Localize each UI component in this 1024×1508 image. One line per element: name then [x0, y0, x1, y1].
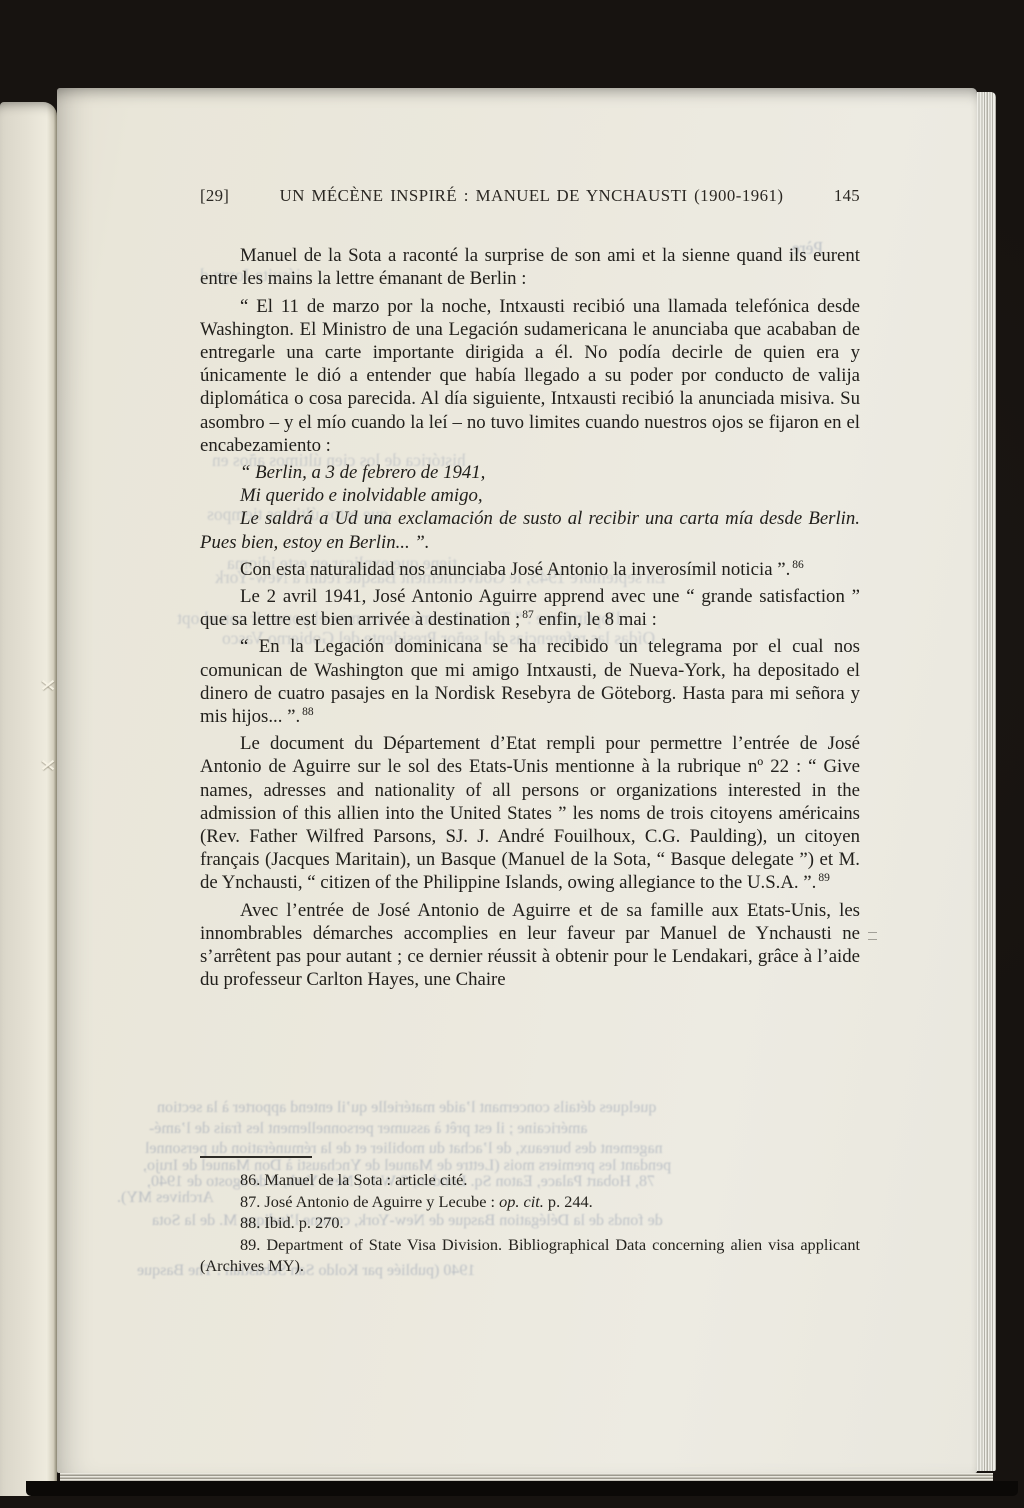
footnote-separator-rule: [200, 1156, 312, 1158]
paragraph: Con esta naturalidad nos anunciaba José …: [200, 558, 860, 581]
letter-quote-block: “ Berlin, a 3 de febrero de 1941, Mi que…: [200, 461, 860, 554]
show-through-line: quelques détails concernant l’aide matér…: [157, 1099, 656, 1117]
footnotes-block: 86. Manuel de la Sota : article cité. 87…: [200, 1156, 860, 1277]
paragraph: Le 2 avril 1941, José Antonio Aguirre ap…: [200, 585, 860, 631]
show-through-line: américaine ; il est prêt à assumer perso…: [149, 1120, 587, 1138]
paragraph-text: “ En la Legación dominicana se ha recibi…: [200, 636, 860, 727]
footnote-citation-italic: op. cit.: [499, 1192, 544, 1211]
footnote-text: 87. José Antonio de Aguirre y Lecube :: [240, 1192, 499, 1211]
pencil-equals-mark: [868, 932, 877, 940]
letter-dateline: “ Berlin, a 3 de febrero de 1941,: [200, 461, 860, 484]
paragraph-text: Con esta naturalidad nos anunciaba José …: [240, 559, 790, 580]
footnote-86: 86. Manuel de la Sota : article cité.: [200, 1169, 860, 1191]
paragraph-text: enfin, le 8 mai :: [534, 609, 657, 630]
quoted-paragraph-spanish: “ El 11 de marzo por la noche, Intxausti…: [200, 295, 860, 457]
page-text-block: [29] UN MÉCÈNE INSPIRÉ : MANUEL DE YNCHA…: [200, 184, 860, 996]
quoted-paragraph-telegram: “ En la Legación dominicana se ha recibi…: [200, 635, 860, 728]
previous-page-edge: [0, 102, 57, 1496]
footnote-ref-88: 88: [302, 706, 314, 718]
page-number: 145: [834, 184, 860, 207]
footnote-ref-86: 86: [792, 559, 804, 571]
paragraph-visa-document: Le document du Département d’Etat rempli…: [200, 732, 860, 894]
book-cover-edge: [26, 1481, 1018, 1496]
footnote-87: 87. José Antonio de Aguirre y Lecube : o…: [200, 1191, 860, 1213]
book-photograph: Père jésuite Jorge d histórica de los ci…: [0, 0, 1024, 1508]
letter-salutation: Mi querido e inolvidable amigo,: [200, 484, 860, 507]
footnote-89: 89. Department of State Visa Division. B…: [200, 1234, 860, 1277]
footnote-88: 88. Ibid. p. 270.: [200, 1212, 860, 1234]
running-title: UN MÉCÈNE INSPIRÉ : MANUEL DE YNCHAUSTI …: [280, 184, 784, 207]
binding-stitch: [40, 757, 56, 773]
footnote-ref-89: 89: [818, 872, 830, 884]
binding-stitch: [40, 677, 56, 693]
paragraph-intro: Manuel de la Sota a raconté la surprise …: [200, 244, 860, 290]
running-header: [29] UN MÉCÈNE INSPIRÉ : MANUEL DE YNCHA…: [200, 184, 860, 207]
book-page: Père jésuite Jorge d histórica de los ci…: [57, 88, 977, 1473]
paragraph-closing: Avec l’entrée de José Antonio de Aguirre…: [200, 899, 860, 992]
footnote-text: p. 244.: [544, 1192, 593, 1211]
paragraph-text: Le document du Département d’Etat rempli…: [200, 733, 860, 893]
article-ref-number: [29]: [200, 184, 229, 207]
footnote-ref-87: 87: [522, 609, 534, 621]
page-stack-edge-right: [977, 92, 996, 1471]
letter-body: Le saldrá a Ud una exclamación de susto …: [200, 507, 860, 553]
